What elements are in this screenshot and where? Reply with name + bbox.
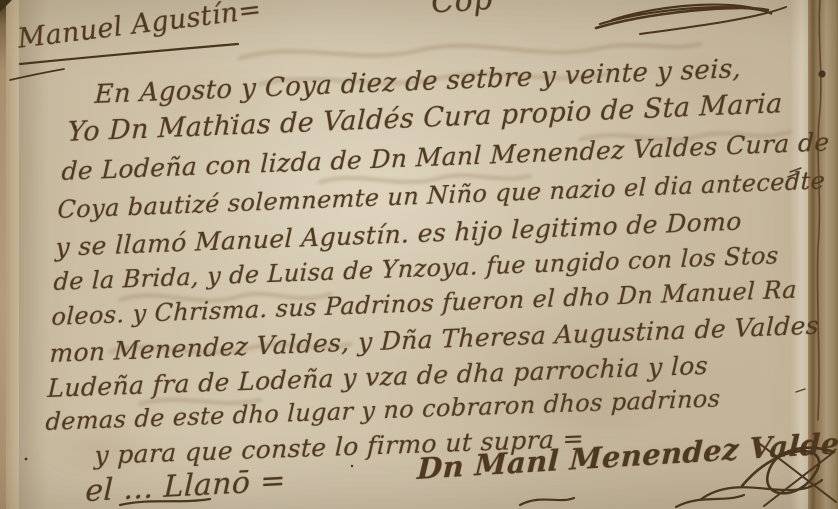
signature-rubric xyxy=(760,444,836,502)
cropped-stroke xyxy=(520,498,574,505)
ink-blot xyxy=(818,70,825,77)
cropped-stroke xyxy=(120,499,210,505)
ink-speck xyxy=(351,465,353,467)
manuscript-photo: Manuel Agustín= Cop En Agosto y Coya die… xyxy=(0,0,838,509)
ink-speck xyxy=(25,458,28,461)
ink-speck xyxy=(73,125,76,128)
binding-crack xyxy=(818,0,821,420)
cropped-stroke xyxy=(676,495,744,507)
ink-speck xyxy=(231,117,233,119)
seam-mark xyxy=(796,389,805,392)
ink-marks xyxy=(0,0,838,509)
signature-rubric xyxy=(700,480,822,500)
margin-underline xyxy=(20,44,238,64)
margin-underline-tail xyxy=(10,69,64,80)
seam-mark xyxy=(788,168,801,177)
